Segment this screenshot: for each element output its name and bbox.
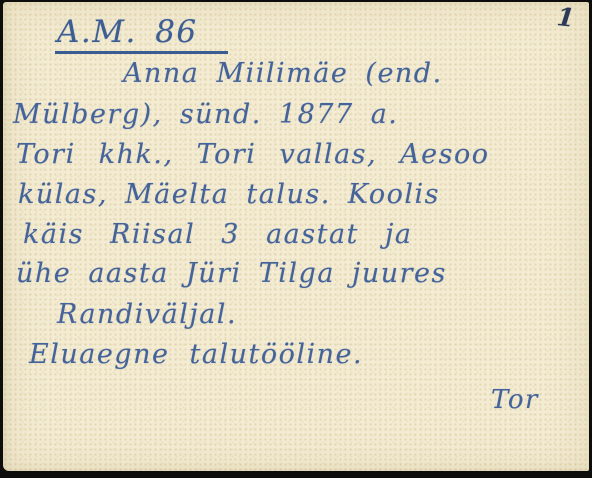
card-heading: A.M. 86: [55, 14, 228, 54]
handwritten-line: Randiväljal.: [57, 299, 237, 330]
page-number: 1: [556, 2, 578, 33]
handwritten-line: Tori khk., Tori vallas, Aesoo: [16, 139, 490, 170]
handwritten-line: külas, Mäelta talus. Koolis: [18, 179, 440, 210]
scanned-card-frame: A.M. 86 1 Anna Miilimäe (end. Mülberg), …: [0, 0, 592, 478]
handwritten-line: käis Riisal 3 aastat ja: [23, 219, 412, 250]
signature: Tor: [491, 385, 539, 415]
handwritten-line: ühe aasta Jüri Tilga juures: [16, 258, 447, 289]
handwritten-line: Mülberg), sünd. 1877 a.: [13, 99, 398, 130]
handwritten-line: Eluaegne talutööline.: [29, 339, 363, 370]
index-card-paper: A.M. 86 1 Anna Miilimäe (end. Mülberg), …: [3, 2, 589, 471]
handwritten-line: Anna Miilimäe (end.: [123, 58, 443, 89]
